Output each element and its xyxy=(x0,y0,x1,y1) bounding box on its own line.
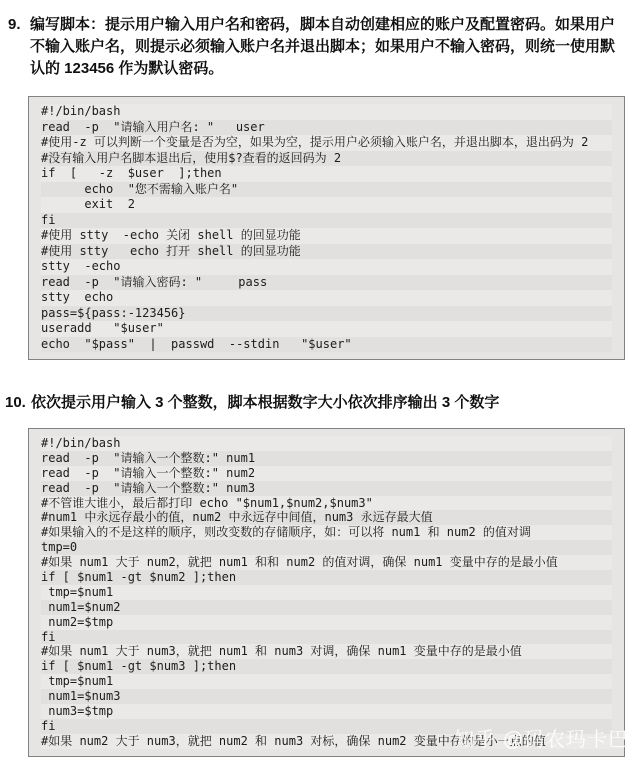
code-line: #如果 num1 大于 num3，就把 num1 和 num3 对调，确保 nu… xyxy=(41,644,612,659)
code-line: #num1 中永远存最小的值，num2 中永远存中间值，num3 永远存最大值 xyxy=(41,510,612,525)
code-line: exit 2 xyxy=(41,197,612,213)
exercise-9-heading: 9. 编写脚本：提示用户输入用户名和密码，脚本自动创建相应的账户及配置密码。如果… xyxy=(8,14,628,80)
exercise-10-number: 10. xyxy=(5,392,31,414)
code-line: #!/bin/bash xyxy=(41,436,612,451)
code-line: num3=$tmp xyxy=(41,704,612,719)
exercise-9-number: 9. xyxy=(8,14,30,80)
code-line: #不管谁大谁小，最后都打印 echo "$num1,$num2,$num3" xyxy=(41,496,612,511)
code-line: #使用 stty echo 打开 shell 的回显功能 xyxy=(41,244,612,260)
code-line: tmp=$num1 xyxy=(41,585,612,600)
code-line: num1=$num2 xyxy=(41,600,612,615)
code-line: stty echo xyxy=(41,290,612,306)
code-line: #使用 stty -echo 关闭 shell 的回显功能 xyxy=(41,228,612,244)
code-line: fi xyxy=(41,630,612,645)
code-line: if [ $num1 -gt $num3 ];then xyxy=(41,659,612,674)
code-line: echo "$pass" | passwd --stdin "$user" xyxy=(41,337,612,353)
code-line: if [ $num1 -gt $num2 ];then xyxy=(41,570,612,585)
exercise-9-code-block: #!/bin/bashread -p "请输入用户名: " user#使用-z … xyxy=(28,96,625,360)
code-line: echo "您不需输入账户名" xyxy=(41,182,612,198)
code-line: #如果 num1 大于 num2，就把 num1 和和 num2 的值对调，确保… xyxy=(41,555,612,570)
code-line: stty -echo xyxy=(41,259,612,275)
document-content: 9. 编写脚本：提示用户输入用户名和密码，脚本自动创建相应的账户及配置密码。如果… xyxy=(0,0,640,757)
code-line: read -p "请输入一个整数:" num2 xyxy=(41,466,612,481)
code-line: read -p "请输入用户名: " user xyxy=(41,120,612,136)
code-line: fi xyxy=(41,213,612,229)
code-line: num2=$tmp xyxy=(41,615,612,630)
code-line: num1=$num3 xyxy=(41,689,612,704)
code-line: read -p "请输入一个整数:" num1 xyxy=(41,451,612,466)
code-line: useradd "$user" xyxy=(41,321,612,337)
code-line: #如果输入的不是这样的顺序，则改变数的存储顺序，如：可以将 num1 和 num… xyxy=(41,525,612,540)
code-line: #!/bin/bash xyxy=(41,104,612,120)
code-line: #没有输入用户名脚本退出后，使用$?查看的返回码为 2 xyxy=(41,151,612,167)
document-page: 9. 编写脚本：提示用户输入用户名和密码，脚本自动创建相应的账户及配置密码。如果… xyxy=(0,0,640,767)
code-line: if [ -z $user ];then xyxy=(41,166,612,182)
code-line: #如果 num2 大于 num3，就把 num2 和 num3 对标，确保 nu… xyxy=(41,734,612,749)
exercise-9-title: 编写脚本：提示用户输入用户名和密码，脚本自动创建相应的账户及配置密码。如果用户不… xyxy=(30,14,628,80)
code-line: #使用-z 可以判断一个变量是否为空，如果为空，提示用户必须输入账户名，并退出脚… xyxy=(41,135,612,151)
exercise-10-code-block: #!/bin/bashread -p "请输入一个整数:" num1read -… xyxy=(28,428,625,757)
code-line: fi xyxy=(41,719,612,734)
code-line: pass=${pass:-123456} xyxy=(41,306,612,322)
code-line: read -p "请输入密码: " pass xyxy=(41,275,612,291)
code-line: tmp=0 xyxy=(41,540,612,555)
code-line: read -p "请输入一个整数:" num3 xyxy=(41,481,612,496)
code-line: tmp=$num1 xyxy=(41,674,612,689)
exercise-10-title: 依次提示用户输入 3 个整数，脚本根据数字大小依次排序输出 3 个数字 xyxy=(31,392,628,414)
exercise-10-heading: 10. 依次提示用户输入 3 个整数，脚本根据数字大小依次排序输出 3 个数字 xyxy=(8,392,628,414)
